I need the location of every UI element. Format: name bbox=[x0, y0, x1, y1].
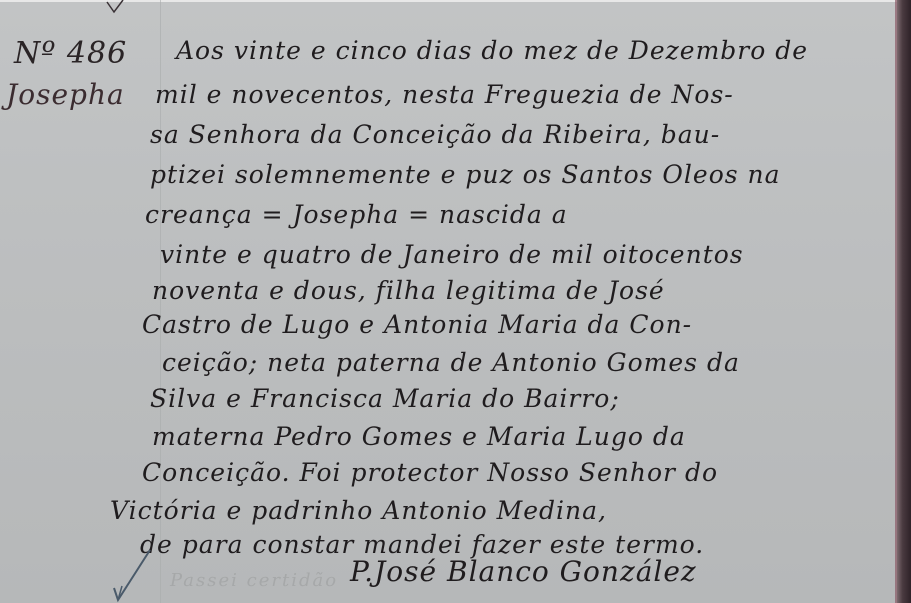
text-line: materna Pedro Gomes e Maria Lugo da bbox=[152, 422, 686, 451]
text-line: Aos vinte e cinco dias do mez de Dezembr… bbox=[176, 36, 808, 65]
tick-mark-icon bbox=[105, 0, 125, 14]
text-line: vinte e quatro de Janeiro de mil oitocen… bbox=[160, 240, 744, 269]
text-line: sa Senhora da Conceição da Ribeira, bau- bbox=[150, 120, 720, 149]
faded-annotation: Passei certidão bbox=[170, 570, 338, 591]
text-line: Castro de Lugo e Antonia Maria da Con- bbox=[142, 310, 692, 339]
page-top-edge bbox=[0, 0, 911, 2]
text-line: ceição; neta paterna de Antonio Gomes da bbox=[162, 348, 740, 377]
check-arrow-icon bbox=[110, 548, 154, 603]
text-line: Victória e padrinho Antonio Medina, bbox=[110, 496, 607, 525]
text-line: ptizei solemnemente e puz os Santos Oleo… bbox=[150, 160, 781, 189]
text-line: Conceição. Foi protector Nosso Senhor do bbox=[142, 458, 718, 487]
record-number: Nº 486 bbox=[14, 36, 127, 71]
text-line: creança = Josepha = nascida a bbox=[145, 200, 568, 229]
text-line: Silva e Francisca Maria do Bairro; bbox=[150, 384, 620, 413]
text-line: noventa e dous, filha legitima de José bbox=[152, 276, 665, 305]
book-binding bbox=[897, 0, 911, 603]
text-line: mil e novecentos, nesta Freguezia de Nos… bbox=[155, 80, 734, 109]
manuscript-page: Nº 486 Josepha Aos vinte e cinco dias do… bbox=[0, 0, 911, 603]
margin-name: Josepha bbox=[6, 78, 125, 111]
signature: P.José Blanco González bbox=[350, 555, 697, 588]
